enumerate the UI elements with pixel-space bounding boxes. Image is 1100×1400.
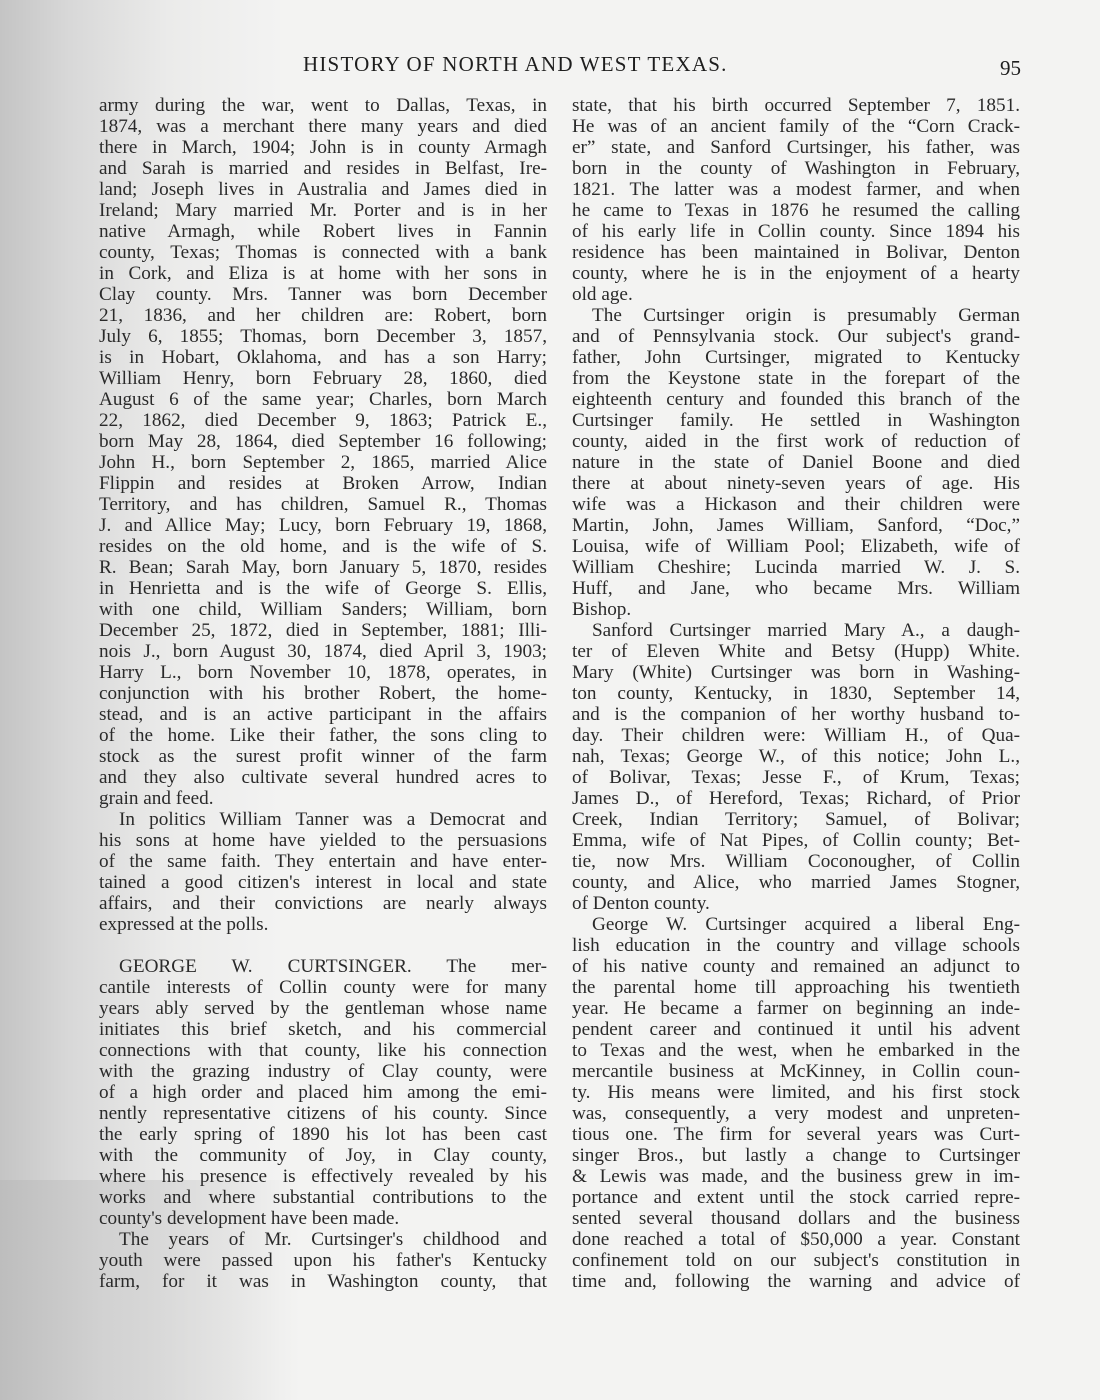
text-line: ter of Eleven White and Betsy (Hupp) Whi… (572, 641, 1020, 662)
text-line: Harry L., born November 10, 1878, operat… (99, 662, 547, 683)
text-line: time and, following the warning and advi… (572, 1271, 1020, 1292)
text-line: county, Texas; Thomas is connected with … (99, 242, 547, 263)
text-line: Territory, and has children, Samuel R., … (99, 494, 547, 515)
text-line: resides on the old home, and is the wife… (99, 536, 547, 557)
text-line: Clay county. Mrs. Tanner was born Decemb… (99, 284, 547, 305)
paragraph: GEORGE W. CURTSINGER. The mer-cantile in… (99, 956, 547, 1229)
text-line: Huff, and Jane, who became Mrs. William (572, 578, 1020, 599)
text-line: Bishop. (572, 599, 1020, 620)
text-line: The Curtsinger origin is presumably Germ… (572, 305, 1020, 326)
text-line: R. Bean; Sarah May, born January 5, 1870… (99, 557, 547, 578)
text-line: J. and Allice May; Lucy, born February 1… (99, 515, 547, 536)
text-line: the early spring of 1890 his lot has bee… (99, 1124, 547, 1145)
text-line: the parental home till approaching his t… (572, 977, 1020, 998)
text-line: old age. (572, 284, 1020, 305)
text-line: 1821. The latter was a modest farmer, an… (572, 179, 1020, 200)
text-line: army during the war, went to Dallas, Tex… (99, 95, 547, 116)
text-line: with the grazing industry of Clay county… (99, 1061, 547, 1082)
text-line: 22, 1862, died December 9, 1863; Patrick… (99, 410, 547, 431)
text-line: He was of an ancient family of the “Corn… (572, 116, 1020, 137)
text-line: grain and feed. (99, 788, 547, 809)
text-line: 21, 1836, and her children are: Robert, … (99, 305, 547, 326)
text-line: state, that his birth occurred September… (572, 95, 1020, 116)
text-line: and is the companion of her worthy husba… (572, 704, 1020, 725)
text-line: of Denton county. (572, 893, 1020, 914)
text-line: in Henrietta and is the wife of George S… (99, 578, 547, 599)
section-gap (99, 935, 547, 956)
text-line: residence has been maintained in Bolivar… (572, 242, 1020, 263)
text-line: Martin, John, James William, Sanford, “D… (572, 515, 1020, 536)
text-line: stead, and is an active participant in t… (99, 704, 547, 725)
text-line: initiates this brief sketch, and his com… (99, 1019, 547, 1040)
text-line: with the community of Joy, in Clay count… (99, 1145, 547, 1166)
text-line: of the same faith. They entertain and ha… (99, 851, 547, 872)
text-line: and of Pennsylvania stock. Our subject's… (572, 326, 1020, 347)
text-line: of Bolivar, Texas; Jesse F., of Krum, Te… (572, 767, 1020, 788)
text-line: The years of Mr. Curtsinger's childhood … (99, 1229, 547, 1250)
paragraph: Sanford Curtsinger married Mary A., a da… (572, 620, 1020, 914)
text-line: Louisa, wife of William Pool; Elizabeth,… (572, 536, 1020, 557)
text-line: nois J., born August 30, 1874, died Apri… (99, 641, 547, 662)
text-line: eighteenth century and founded this bran… (572, 389, 1020, 410)
text-line: William Henry, born February 28, 1860, d… (99, 368, 547, 389)
text-line: and Sarah is married and resides in Belf… (99, 158, 547, 179)
text-line: he came to Texas in 1876 he resumed the … (572, 200, 1020, 221)
text-line: native Armagh, while Robert lives in Fan… (99, 221, 547, 242)
text-line: farm, for it was in Washington county, t… (99, 1271, 547, 1292)
text-line: tious one. The firm for several years wa… (572, 1124, 1020, 1145)
paragraph: The Curtsinger origin is presumably Germ… (572, 305, 1020, 620)
text-line: nently representative citizens of his co… (99, 1103, 547, 1124)
text-line: & Lewis was made, and the business grew … (572, 1166, 1020, 1187)
paragraph: army during the war, went to Dallas, Tex… (99, 95, 547, 809)
text-line: county, aided in the first work of reduc… (572, 431, 1020, 452)
text-line: Curtsinger family. He settled in Washing… (572, 410, 1020, 431)
left-column: army during the war, went to Dallas, Tex… (99, 95, 547, 1292)
running-head: HISTORY OF NORTH AND WEST TEXAS. (303, 52, 728, 77)
text-line: singer Bros., but lastly a change to Cur… (572, 1145, 1020, 1166)
text-line: conjunction with his brother Robert, the… (99, 683, 547, 704)
text-line: stock as the surest profit winner of the… (99, 746, 547, 767)
text-line: tie, now Mrs. William Coconougher, of Co… (572, 851, 1020, 872)
text-line: expressed at the polls. (99, 914, 547, 935)
text-line: in Cork, and Eliza is at home with her s… (99, 263, 547, 284)
paragraph: The years of Mr. Curtsinger's childhood … (99, 1229, 547, 1292)
text-line: pendent career and continued it until hi… (572, 1019, 1020, 1040)
text-line: of a high order and placed him among the… (99, 1082, 547, 1103)
text-line: In politics William Tanner was a Democra… (99, 809, 547, 830)
text-line: of his native county and remained an adj… (572, 956, 1020, 977)
text-line: ty. His means were limited, and his firs… (572, 1082, 1020, 1103)
text-line: and they also cultivate several hundred … (99, 767, 547, 788)
text-line: July 6, 1855; Thomas, born December 3, 1… (99, 326, 547, 347)
text-line: portance and extent until the stock carr… (572, 1187, 1020, 1208)
text-line: Sanford Curtsinger married Mary A., a da… (572, 620, 1020, 641)
text-line: born in the county of Washington in Febr… (572, 158, 1020, 179)
text-line: John H., born September 2, 1865, married… (99, 452, 547, 473)
text-line: with one child, William Sanders; William… (99, 599, 547, 620)
text-line: August 6 of the same year; Charles, born… (99, 389, 547, 410)
text-line: father, John Curtsinger, migrated to Ken… (572, 347, 1020, 368)
text-line: lish education in the country and villag… (572, 935, 1020, 956)
text-line: William Cheshire; Lucinda married W. J. … (572, 557, 1020, 578)
paragraph: George W. Curtsinger acquired a liberal … (572, 914, 1020, 1292)
text-line: ton county, Kentucky, in 1830, September… (572, 683, 1020, 704)
text-line: Creek, Indian Territory; Samuel, of Boli… (572, 809, 1020, 830)
paragraph: In politics William Tanner was a Democra… (99, 809, 547, 935)
text-line: born May 28, 1864, died September 16 fol… (99, 431, 547, 452)
text-line: youth were passed upon his father's Kent… (99, 1250, 547, 1271)
text-line: Ireland; Mary married Mr. Porter and is … (99, 200, 547, 221)
text-line: works and where substantial contribution… (99, 1187, 547, 1208)
text-line: of his early life in Collin county. Sinc… (572, 221, 1020, 242)
text-line: of the home. Like their father, the sons… (99, 725, 547, 746)
page-number: 95 (1000, 56, 1021, 81)
text-line: day. Their children were: William H., of… (572, 725, 1020, 746)
text-line: there in March, 1904; John is in county … (99, 137, 547, 158)
text-line: connections with that county, like his c… (99, 1040, 547, 1061)
right-column: state, that his birth occurred September… (572, 95, 1020, 1292)
text-line: county, and Alice, who married James Sto… (572, 872, 1020, 893)
text-line: Flippin and resides at Broken Arrow, Ind… (99, 473, 547, 494)
text-line: where his presence is effectively reveal… (99, 1166, 547, 1187)
text-line: wife was a Hickason and their children w… (572, 494, 1020, 515)
text-line: December 25, 1872, died in September, 18… (99, 620, 547, 641)
text-line: there at about ninety-seven years of age… (572, 473, 1020, 494)
page-header: HISTORY OF NORTH AND WEST TEXAS. 95 (0, 50, 1100, 80)
text-line: George W. Curtsinger acquired a liberal … (572, 914, 1020, 935)
text-line: land; Joseph lives in Australia and Jame… (99, 179, 547, 200)
text-line: is in Hobart, Oklahoma, and has a son Ha… (99, 347, 547, 368)
text-line: years ably served by the gentleman whose… (99, 998, 547, 1019)
text-line: county's development have been made. (99, 1208, 547, 1229)
text-line: was, consequently, a very modest and unp… (572, 1103, 1020, 1124)
text-line: nah, Texas; George W., of this notice; J… (572, 746, 1020, 767)
text-line: year. He became a farmer on beginning an… (572, 998, 1020, 1019)
text-line: cantile interests of Collin county were … (99, 977, 547, 998)
text-line: from the Keystone state in the forepart … (572, 368, 1020, 389)
text-line: his sons at home have yielded to the per… (99, 830, 547, 851)
text-line: mercantile business at McKinney, in Coll… (572, 1061, 1020, 1082)
text-line: nature in the state of Daniel Boone and … (572, 452, 1020, 473)
text-line: Emma, wife of Nat Pipes, of Collin count… (572, 830, 1020, 851)
text-line: confinement told on our subject's consti… (572, 1250, 1020, 1271)
text-line: sented several thousand dollars and the … (572, 1208, 1020, 1229)
text-line: GEORGE W. CURTSINGER. The mer- (99, 956, 547, 977)
text-line: affairs, and their convictions are nearl… (99, 893, 547, 914)
text-line: Mary (White) Curtsinger was born in Wash… (572, 662, 1020, 683)
text-line: er” state, and Sanford Curtsinger, his f… (572, 137, 1020, 158)
text-line: tained a good citizen's interest in loca… (99, 872, 547, 893)
text-line: county, where he is in the enjoyment of … (572, 263, 1020, 284)
text-line: 1874, was a merchant there many years an… (99, 116, 547, 137)
text-line: James D., of Hereford, Texas; Richard, o… (572, 788, 1020, 809)
text-line: to Texas and the west, when he embarked … (572, 1040, 1020, 1061)
text-line: done reached a total of $50,000 a year. … (572, 1229, 1020, 1250)
paragraph: state, that his birth occurred September… (572, 95, 1020, 305)
